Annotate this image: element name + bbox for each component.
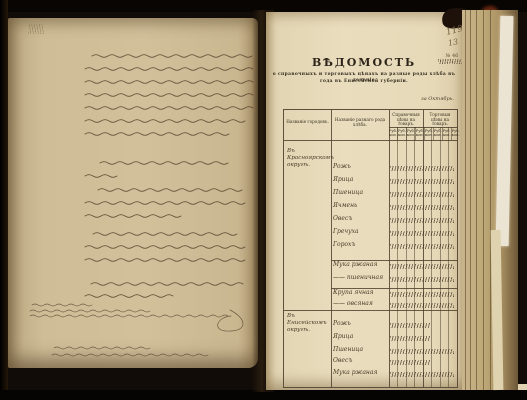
column-header-place: Названіе городовъ. bbox=[286, 120, 329, 125]
handwritten-line bbox=[91, 283, 243, 286]
grain-label: Гречуха bbox=[333, 228, 359, 235]
page-edge-stack bbox=[462, 10, 518, 390]
handwritten-line bbox=[85, 68, 253, 71]
document-title: ВѢДОМОСТЬ bbox=[266, 56, 462, 69]
price-marks bbox=[390, 179, 454, 184]
grain-label: Ярица bbox=[333, 176, 353, 183]
handwritten-line bbox=[85, 259, 245, 262]
unit-subheaders: Руб.коп. Руб.коп. Руб.коп. Руб.коп. Руб.… bbox=[389, 127, 456, 140]
table-row: Ярица bbox=[284, 333, 457, 345]
grain-label: Овесъ bbox=[333, 357, 352, 364]
table-row: Пшеница bbox=[284, 189, 457, 201]
grain-label: Рожь bbox=[333, 163, 351, 170]
price-table: Названіе городовъ. Названіе разнаго рода… bbox=[283, 109, 458, 388]
grain-label: Рожь bbox=[333, 320, 351, 327]
sheet-edge bbox=[491, 230, 504, 390]
grain-label: Ярица bbox=[333, 333, 353, 340]
price-marks bbox=[390, 292, 454, 297]
grain-label: —— пшеничная bbox=[333, 274, 383, 281]
table-rule bbox=[284, 140, 457, 141]
handwritten-line bbox=[98, 189, 242, 192]
grain-label: Крупа ячная bbox=[333, 289, 374, 296]
unit-cell: Руб.коп. bbox=[433, 127, 442, 140]
left-page bbox=[8, 18, 258, 368]
price-marks bbox=[390, 323, 430, 328]
unit-cell: Руб.коп. bbox=[406, 127, 415, 140]
handwritten-line bbox=[85, 107, 253, 110]
table-row: Мука ржаная bbox=[284, 261, 457, 273]
column-header-grain: Названіе разнаго рода хлѣба. bbox=[334, 118, 386, 127]
unit-cell: Руб.коп. bbox=[397, 127, 406, 140]
signature-line bbox=[52, 354, 208, 356]
signature-line bbox=[32, 304, 92, 306]
handwritten-line bbox=[92, 55, 252, 58]
price-marks bbox=[390, 349, 454, 354]
group-header-reference-prices: Справочныя цѣны на товаръ. bbox=[390, 113, 422, 127]
table-row: Рожь bbox=[284, 163, 457, 175]
document-subtitle: года въ Енисейской губерніи. bbox=[272, 79, 456, 85]
handwriting-svg bbox=[8, 18, 258, 368]
table-row: —— овсяная bbox=[284, 300, 457, 312]
handwritten-line bbox=[85, 133, 229, 136]
handwritten-line bbox=[85, 175, 117, 178]
bright-sheet-edge bbox=[496, 16, 514, 246]
price-marks bbox=[390, 192, 454, 197]
handwritten-line bbox=[85, 202, 245, 205]
price-marks bbox=[390, 218, 454, 223]
price-marks bbox=[390, 264, 454, 269]
period-label: за Октябрь. bbox=[421, 96, 454, 102]
archival-photo: 119 13 № 46 ВѢДОМОСТЬ о справочныхъ и то… bbox=[0, 0, 527, 400]
grain-label: —— овсяная bbox=[333, 300, 373, 307]
background-left-band bbox=[0, 0, 8, 400]
grain-label: Мука ржаная bbox=[333, 261, 377, 268]
table-row: —— пшеничная bbox=[284, 274, 457, 286]
handwritten-line bbox=[85, 120, 245, 123]
table-row: Горохъ bbox=[284, 241, 457, 253]
grain-label: Ячмень bbox=[333, 202, 357, 209]
handwritten-line bbox=[85, 215, 181, 218]
price-marks bbox=[390, 303, 454, 308]
page-edge-line bbox=[483, 10, 484, 390]
signature-line bbox=[30, 315, 228, 317]
price-marks bbox=[390, 336, 430, 341]
price-marks bbox=[390, 231, 454, 236]
grain-label: Пшеница bbox=[333, 346, 363, 353]
price-marks bbox=[390, 166, 454, 171]
page-edge-line bbox=[476, 10, 477, 390]
page-edge-line bbox=[490, 10, 491, 390]
handwritten-line bbox=[85, 94, 253, 97]
price-marks bbox=[390, 372, 454, 377]
price-marks bbox=[390, 360, 430, 365]
table-row: Рожь bbox=[284, 320, 457, 332]
unit-cell: Руб.коп. bbox=[451, 127, 460, 140]
signature-flourish bbox=[218, 310, 243, 331]
unit-cell: Руб.коп. bbox=[442, 127, 451, 140]
table-row: Овесъ bbox=[284, 357, 457, 369]
table-row: Овесъ bbox=[284, 215, 457, 227]
grain-label: Мука ржаная bbox=[333, 369, 377, 376]
handwritten-line bbox=[85, 246, 245, 249]
group-header-trade-prices: Торговыя цѣны на товаръ. bbox=[424, 113, 456, 127]
unit-cell: Руб.коп. bbox=[389, 127, 397, 140]
signature-line bbox=[30, 310, 150, 312]
table-row: Мука ржаная bbox=[284, 369, 457, 381]
folio-number: 13 bbox=[447, 37, 459, 48]
price-marks bbox=[390, 205, 454, 210]
price-marks bbox=[390, 277, 454, 282]
unit-cell: Руб.коп. bbox=[424, 127, 433, 140]
grain-label: Пшеница bbox=[333, 189, 363, 196]
table-row: Ячмень bbox=[284, 202, 457, 214]
grain-label: Овесъ bbox=[333, 215, 352, 222]
handwritten-line bbox=[100, 162, 228, 165]
table-row: Ярица bbox=[284, 176, 457, 188]
handwritten-line bbox=[85, 81, 253, 84]
unit-cell: Руб.коп. bbox=[415, 127, 424, 140]
handwritten-line bbox=[85, 295, 173, 298]
page-edge-line bbox=[465, 10, 466, 390]
page-edge-line bbox=[470, 10, 471, 390]
table-row: Гречуха bbox=[284, 228, 457, 240]
signature-line bbox=[54, 347, 150, 349]
price-marks bbox=[390, 244, 454, 249]
right-page: 119 13 № 46 ВѢДОМОСТЬ о справочныхъ и то… bbox=[266, 12, 464, 390]
handwritten-line bbox=[93, 233, 237, 236]
grain-label: Горохъ bbox=[333, 241, 355, 248]
